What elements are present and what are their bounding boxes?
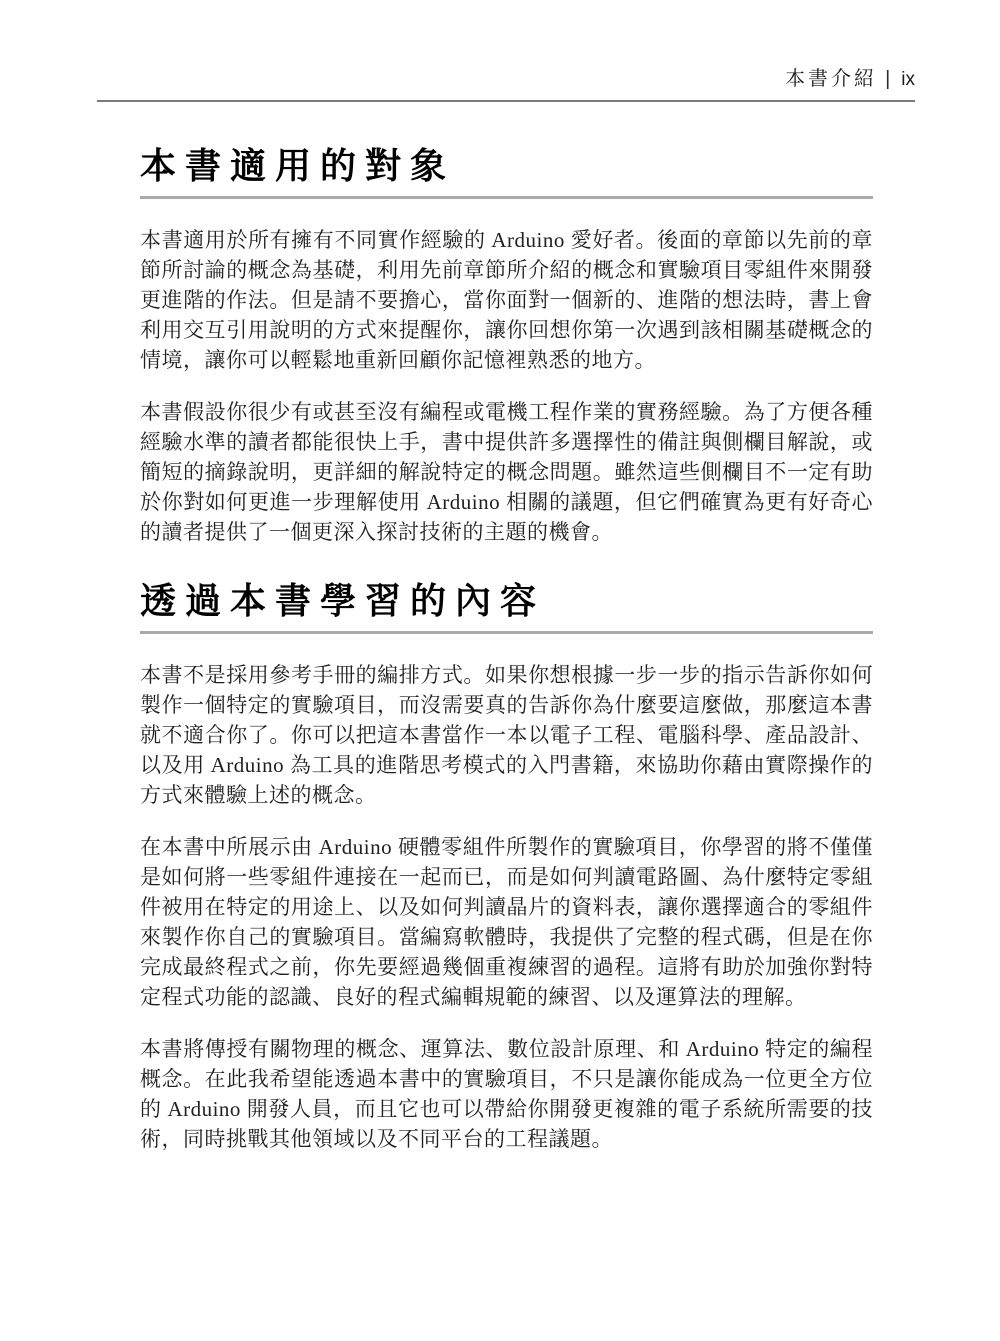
header-rule	[97, 100, 915, 102]
running-header: 本書介紹|ix	[97, 66, 915, 93]
paragraph: 在本書中所展示由 Arduino 硬體零組件所製作的實驗項目，你學習的將不僅僅是…	[140, 832, 873, 1012]
page-content: 本書適用的對象 本書適用於所有擁有不同實作經驗的 Arduino 愛好者。後面的…	[140, 146, 873, 1154]
section-audience: 本書適用的對象 本書適用於所有擁有不同實作經驗的 Arduino 愛好者。後面的…	[140, 146, 873, 547]
paragraph: 本書適用於所有擁有不同實作經驗的 Arduino 愛好者。後面的章節以先前的章節…	[140, 225, 873, 375]
page-number: ix	[901, 69, 915, 90]
page-header: 本書介紹|ix	[0, 0, 1000, 102]
header-section-title: 本書介紹	[785, 68, 877, 90]
header-separator: |	[885, 68, 890, 90]
paragraph: 本書假設你很少有或甚至沒有編程或電機工程作業的實務經驗。為了方便各種經驗水準的讀…	[140, 397, 873, 547]
paragraph: 本書將傳授有關物理的概念、運算法、數位設計原理、和 Arduino 特定的編程概…	[140, 1034, 873, 1154]
paragraph: 本書不是採用參考手冊的編排方式。如果你想根據一步一步的指示告訴你如何製作一個特定…	[140, 660, 873, 810]
section-heading-audience: 本書適用的對象	[140, 146, 873, 199]
section-heading-learning: 透過本書學習的內容	[140, 581, 873, 634]
document-page: 本書介紹|ix 本書適用的對象 本書適用於所有擁有不同實作經驗的 Arduino…	[0, 0, 1000, 1341]
section-learning-content: 透過本書學習的內容 本書不是採用參考手冊的編排方式。如果你想根據一步一步的指示告…	[140, 581, 873, 1154]
